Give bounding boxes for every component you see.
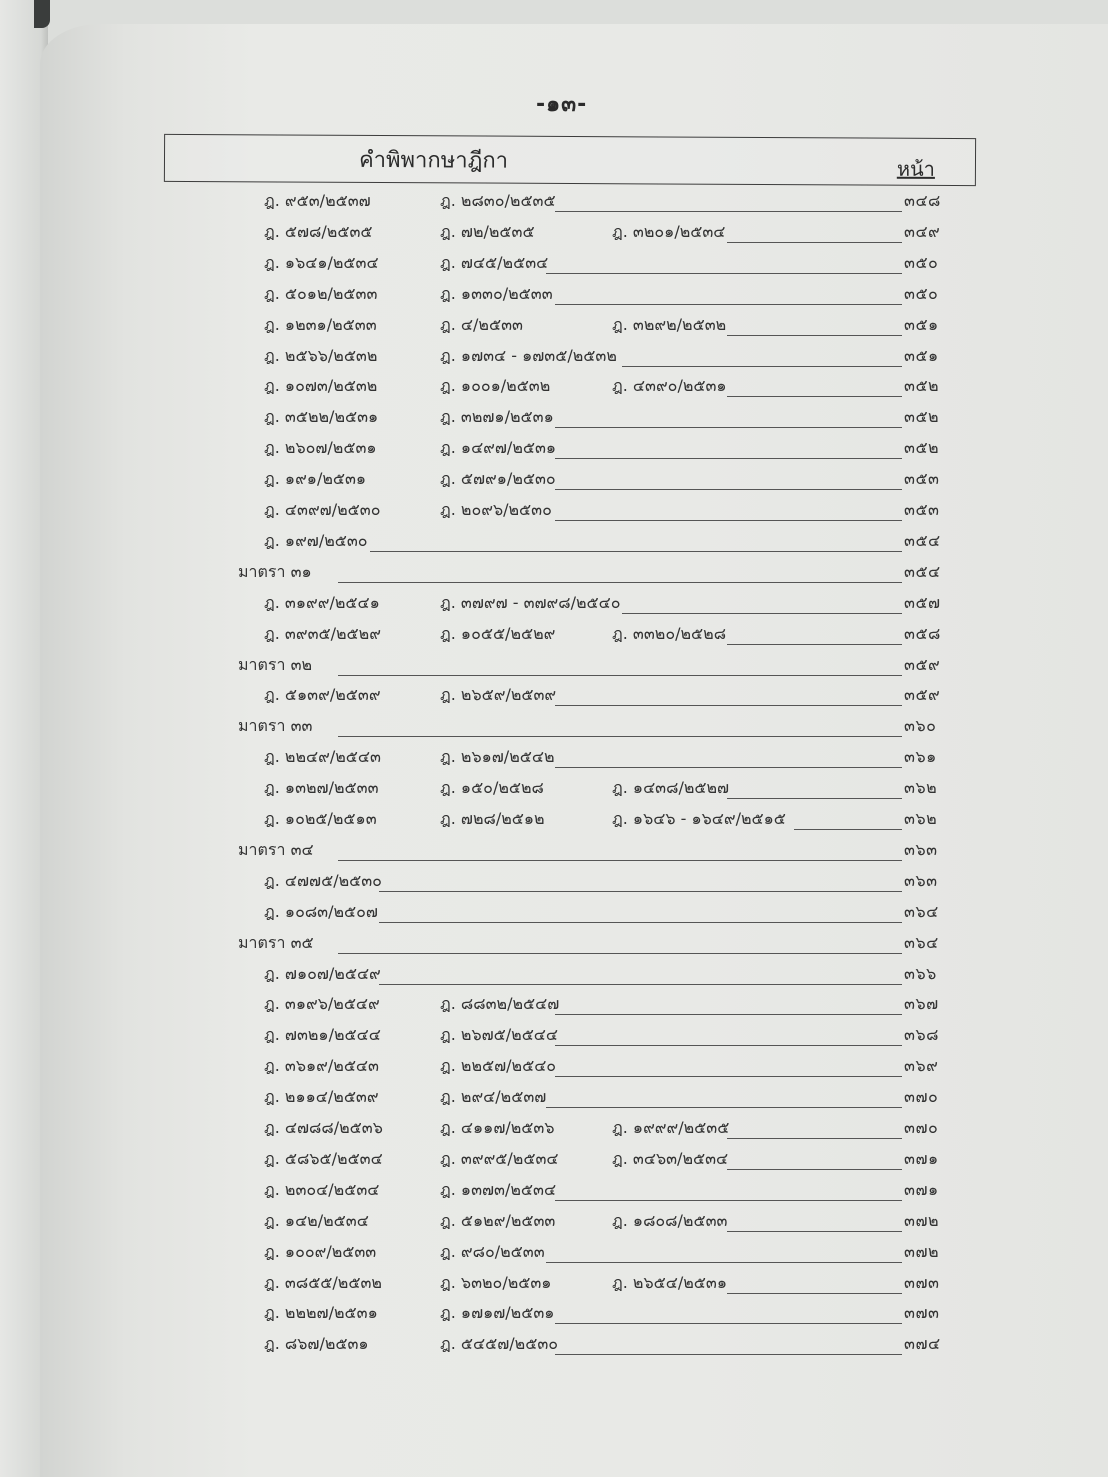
citation-row: ฎ. ๔๓๙๗/๒๕๓๐ฎ. ๒๐๙๖/๒๕๓๐๓๕๓ bbox=[0, 501, 1108, 525]
citation-row: ฎ. ๑๐๐๙/๒๕๓๓ฎ. ๙๘๐/๒๕๓๓๓๗๒ bbox=[0, 1243, 1108, 1267]
leader-line bbox=[555, 211, 902, 212]
leader-line bbox=[338, 582, 902, 583]
citation-row: ฎ. ๑๐๗๓/๒๕๓๒ฎ. ๑๐๐๑/๒๕๓๒ฎ. ๔๓๙๐/๒๕๓๑๓๕๒ bbox=[0, 377, 1108, 401]
page-reference: ๓๕๙ bbox=[904, 653, 940, 678]
page-number: -๑๓- bbox=[536, 86, 587, 121]
section-label: มาตรา ๓๒ bbox=[238, 653, 312, 678]
section-label: มาตรา ๓๑ bbox=[238, 560, 312, 585]
leader-line bbox=[379, 891, 902, 892]
citation-row: ฎ. ๑๙๗/๒๕๓๐๓๕๔ bbox=[0, 532, 1108, 556]
leader-line bbox=[622, 366, 902, 367]
header-title: คำพิพากษาฎีกา bbox=[359, 142, 508, 178]
page-reference: ๓๖๖ bbox=[904, 962, 937, 987]
case-citation: ฎ. ๘๘๓๒/๒๕๔๗ bbox=[440, 992, 559, 1017]
case-citation: ฎ. ๗๒๘/๒๕๑๒ bbox=[440, 807, 545, 832]
case-citation: ฎ. ๓๗๙๗ - ๓๗๙๘/๒๕๔๐ bbox=[440, 591, 621, 616]
leader-line bbox=[546, 1262, 902, 1263]
page-reference: ๓๖๓ bbox=[904, 838, 938, 863]
case-citation: ฎ. ๓๒๐๑/๒๕๓๔ bbox=[612, 220, 725, 245]
citation-row: ฎ. ๒๒๒๗/๒๕๓๑ฎ. ๑๗๑๗/๒๕๓๑๓๗๓ bbox=[0, 1304, 1108, 1328]
citation-row: ฎ. ๓๖๑๙/๒๕๔๓ฎ. ๒๒๕๗/๒๕๔๐๓๖๙ bbox=[0, 1057, 1108, 1081]
page-reference: ๓๗๒ bbox=[904, 1240, 939, 1265]
leader-line bbox=[794, 829, 902, 830]
section-label: มาตรา ๓๓ bbox=[238, 714, 312, 739]
case-citation: ฎ. ๓๖๑๙/๒๕๔๓ bbox=[264, 1054, 379, 1079]
case-citation: ฎ. ๓๒๗๑/๒๕๓๑ bbox=[440, 405, 554, 430]
case-citation: ฎ. ๓๙๓๕/๒๕๒๙ bbox=[264, 622, 381, 647]
citation-row: ฎ. ๗๑๐๗/๒๕๔๙๓๖๖ bbox=[0, 965, 1108, 989]
case-citation: ฎ. ๖๓๒๐/๒๕๓๑ bbox=[440, 1271, 551, 1296]
page-reference: ๓๖๗ bbox=[904, 992, 939, 1017]
page-reference: ๓๖๒ bbox=[904, 807, 937, 832]
page-reference: ๓๗๓ bbox=[904, 1271, 939, 1296]
page-reference: ๓๗๐ bbox=[904, 1085, 938, 1110]
citation-row: ฎ. ๒๖๐๗/๒๕๓๑ฎ. ๑๔๙๗/๒๕๓๑๓๕๒ bbox=[0, 439, 1108, 463]
page-reference: ๓๗๓ bbox=[904, 1301, 939, 1326]
page-reference: ๓๔๘ bbox=[904, 189, 941, 214]
citation-row: ฎ. ๒๕๖๖/๒๕๓๒ฎ. ๑๗๓๔ - ๑๗๓๕/๒๕๓๒๓๕๑ bbox=[0, 347, 1108, 371]
citation-row: ฎ. ๙๕๓/๒๕๓๗ฎ. ๒๘๓๐/๒๕๓๕๓๔๘ bbox=[0, 192, 1108, 216]
citation-row: ฎ. ๔๗๗๕/๒๕๓๐๓๖๓ bbox=[0, 872, 1108, 896]
leader-line bbox=[555, 1323, 902, 1324]
page-reference: ๓๕๒ bbox=[904, 374, 939, 399]
page-reference: ๓๕๐ bbox=[904, 251, 938, 276]
case-citation: ฎ. ๑๐๐๑/๒๕๓๒ bbox=[440, 374, 550, 399]
case-citation: ฎ. ๑๗๓๔ - ๑๗๓๕/๒๕๓๒ bbox=[440, 344, 617, 369]
leader-line bbox=[727, 1293, 902, 1294]
section-label: มาตรา ๓๔ bbox=[238, 838, 314, 863]
citation-row: ฎ. ๕๐๑๒/๒๕๓๓ฎ. ๑๓๓๐/๒๕๓๓๓๕๐ bbox=[0, 285, 1108, 309]
case-citation: ฎ. ๕๗๘/๒๕๓๕ bbox=[264, 220, 373, 245]
citation-row: ฎ. ๓๑๙๙/๒๕๔๑ฎ. ๓๗๙๗ - ๓๗๙๘/๒๕๔๐๓๕๗ bbox=[0, 594, 1108, 618]
case-citation: ฎ. ๑๐๐๙/๒๕๓๓ bbox=[264, 1240, 376, 1265]
page-reference: ๓๖๓ bbox=[904, 869, 938, 894]
case-citation: ฎ. ๗๓๒๑/๒๕๔๔ bbox=[264, 1023, 381, 1048]
page-reference: ๓๗๔ bbox=[904, 1332, 941, 1357]
citation-row: ฎ. ๕๗๘/๒๕๓๕ฎ. ๗๒/๒๕๓๕ฎ. ๓๒๐๑/๒๕๓๔๓๔๙ bbox=[0, 223, 1108, 247]
leader-line bbox=[555, 767, 902, 768]
case-citation: ฎ. ๒๒๒๗/๒๕๓๑ bbox=[264, 1301, 378, 1326]
case-citation: ฎ. ๒๒๔๙/๒๕๔๓ bbox=[264, 745, 381, 770]
citation-row: ฎ. ๒๓๐๔/๒๕๓๔ฎ. ๑๓๗๓/๒๕๓๔๓๗๑ bbox=[0, 1181, 1108, 1205]
case-citation: ฎ. ๕๔๕๗/๒๕๓๐ bbox=[440, 1332, 558, 1357]
leader-line bbox=[555, 304, 902, 305]
page-reference: ๓๕๑ bbox=[904, 344, 939, 369]
leader-line bbox=[338, 860, 902, 861]
page-reference: ๓๕๔ bbox=[904, 529, 941, 554]
case-citation: ฎ. ๒๖๗๕/๒๕๔๔ bbox=[440, 1023, 558, 1048]
case-citation: ฎ. ๑๔๒/๒๕๓๔ bbox=[264, 1209, 369, 1234]
leader-line bbox=[727, 335, 902, 336]
citation-row: ฎ. ๓๙๓๕/๒๕๒๙ฎ. ๑๐๕๕/๒๕๒๙ฎ. ๓๓๒๐/๒๕๒๘๓๕๘ bbox=[0, 625, 1108, 649]
page-reference: ๓๕๙ bbox=[904, 683, 940, 708]
case-citation: ฎ. ๔๓๙๐/๒๕๓๑ bbox=[612, 374, 727, 399]
case-citation: ฎ. ๗๒/๒๕๓๕ bbox=[440, 220, 535, 245]
case-citation: ฎ. ๓๑๙๙/๒๕๔๑ bbox=[264, 591, 380, 616]
section-row: มาตรา ๓๓๓๖๐ bbox=[0, 717, 1108, 741]
case-citation: ฎ. ๔๑๑๗/๒๕๓๖ bbox=[440, 1116, 555, 1141]
case-citation: ฎ. ๒๘๓๐/๒๕๓๕ bbox=[440, 189, 556, 214]
case-citation: ฎ. ๕๘๖๕/๒๕๓๔ bbox=[264, 1147, 383, 1172]
case-citation: ฎ. ๔๓๙๗/๒๕๓๐ bbox=[264, 498, 380, 523]
page-reference: ๓๖๑ bbox=[904, 745, 937, 770]
page-reference: ๓๗๑ bbox=[904, 1147, 939, 1172]
case-citation: ฎ. ๑๙๗/๒๕๓๐ bbox=[264, 529, 368, 554]
page-reference: ๓๖๒ bbox=[904, 776, 937, 801]
case-citation: ฎ. ๓๓๒๐/๒๕๒๘ bbox=[612, 622, 726, 647]
page-reference: ๓๖๔ bbox=[904, 931, 939, 956]
leader-line bbox=[379, 984, 902, 985]
leader-line bbox=[379, 922, 902, 923]
case-citation: ฎ. ๑๕๐/๒๕๒๘ bbox=[440, 776, 544, 801]
leader-line bbox=[727, 644, 902, 645]
page-reference: ๓๖๙ bbox=[904, 1054, 938, 1079]
case-citation: ฎ. ๑๘๐๘/๒๕๓๓ bbox=[612, 1209, 727, 1234]
leader-line bbox=[555, 489, 902, 490]
leader-line bbox=[622, 613, 902, 614]
case-citation: ฎ. ๔๗๘๘/๒๕๓๖ bbox=[264, 1116, 383, 1141]
case-citation: ฎ. ๑๔๙๗/๒๕๓๑ bbox=[440, 436, 556, 461]
case-citation: ฎ. ๕๑๓๙/๒๕๓๙ bbox=[264, 683, 381, 708]
leader-line bbox=[727, 798, 902, 799]
page-reference: ๓๕๔ bbox=[904, 560, 941, 585]
section-row: มาตรา ๓๔๓๖๓ bbox=[0, 841, 1108, 865]
case-citation: ฎ. ๑๖๔๑/๒๕๓๔ bbox=[264, 251, 379, 276]
case-citation: ฎ. ๒๙๔/๒๕๓๗ bbox=[440, 1085, 546, 1110]
case-citation: ฎ. ๕๗๙๑/๒๕๓๐ bbox=[440, 467, 556, 492]
citation-row: ฎ. ๕๘๖๕/๒๕๓๔ฎ. ๓๙๙๕/๒๕๓๔ฎ. ๓๔๖๓/๒๕๓๔๓๗๑ bbox=[0, 1150, 1108, 1174]
page-reference: ๓๕๑ bbox=[904, 313, 939, 338]
leader-line bbox=[555, 1076, 902, 1077]
case-citation: ฎ. ๑๙๙๙/๒๕๓๕ bbox=[612, 1116, 729, 1141]
leader-line bbox=[338, 675, 902, 676]
citation-row: ฎ. ๓๑๙๖/๒๕๔๙ฎ. ๘๘๓๒/๒๕๔๗๓๖๗ bbox=[0, 995, 1108, 1019]
section-label: มาตรา ๓๕ bbox=[238, 931, 314, 956]
header-page-column: หน้า bbox=[897, 153, 935, 185]
leader-line bbox=[727, 1138, 902, 1139]
section-row: มาตรา ๓๑๓๕๔ bbox=[0, 563, 1108, 587]
page-reference: ๓๕๒ bbox=[904, 405, 939, 430]
case-citation: ฎ. ๑๐๗๓/๒๕๓๒ bbox=[264, 374, 377, 399]
page-reference: ๓๗๐ bbox=[904, 1116, 938, 1141]
leader-line bbox=[727, 1231, 902, 1232]
citation-row: ฎ. ๔๗๘๘/๒๕๓๖ฎ. ๔๑๑๗/๒๕๓๖ฎ. ๑๙๙๙/๒๕๓๕๓๗๐ bbox=[0, 1119, 1108, 1143]
citation-row: ฎ. ๘๖๗/๒๕๓๑ฎ. ๕๔๕๗/๒๕๓๐๓๗๔ bbox=[0, 1335, 1108, 1359]
case-citation: ฎ. ๓๒๙๒/๒๕๓๒ bbox=[612, 313, 726, 338]
citation-row: ฎ. ๒๑๑๔/๒๕๓๙ฎ. ๒๙๔/๒๕๓๗๓๗๐ bbox=[0, 1088, 1108, 1112]
case-citation: ฎ. ๒๖๐๗/๒๕๓๑ bbox=[264, 436, 377, 461]
leader-line bbox=[555, 520, 902, 521]
case-citation: ฎ. ๗๔๕/๒๕๓๔ bbox=[440, 251, 548, 276]
leader-line bbox=[555, 458, 902, 459]
citation-row: ฎ. ๑๐๒๕/๒๕๑๓ฎ. ๗๒๘/๒๕๑๒ฎ. ๑๖๔๖ - ๑๖๔๙/๒๕… bbox=[0, 810, 1108, 834]
case-citation: ฎ. ๑๓๒๗/๒๕๓๓ bbox=[264, 776, 379, 801]
case-citation: ฎ. ๔๗๗๕/๒๕๓๐ bbox=[264, 869, 382, 894]
case-citation: ฎ. ๓๑๙๖/๒๕๔๙ bbox=[264, 992, 380, 1017]
citation-row: ฎ. ๗๓๒๑/๒๕๔๔ฎ. ๒๖๗๕/๒๕๔๔๓๖๘ bbox=[0, 1026, 1108, 1050]
page-reference: ๓๕๗ bbox=[904, 591, 941, 616]
case-citation: ฎ. ๑๐๕๕/๒๕๒๙ bbox=[440, 622, 555, 647]
citation-row: ฎ. ๓๘๕๕/๒๕๓๒ฎ. ๖๓๒๐/๒๕๓๑ฎ. ๒๖๕๔/๒๕๓๑๓๗๓ bbox=[0, 1274, 1108, 1298]
index-header: คำพิพากษาฎีกา หน้า bbox=[164, 134, 976, 186]
case-citation: ฎ. ๔/๒๕๓๓ bbox=[440, 313, 523, 338]
citation-row: ฎ. ๕๑๓๙/๒๕๓๙ฎ. ๒๖๕๙/๒๕๓๙๓๕๙ bbox=[0, 686, 1108, 710]
page-reference: ๓๔๙ bbox=[904, 220, 940, 245]
leader-line bbox=[555, 427, 902, 428]
leader-line bbox=[555, 1200, 902, 1201]
citation-row: ฎ. ๑๓๒๗/๒๕๓๓ฎ. ๑๕๐/๒๕๒๘ฎ. ๑๔๓๘/๒๕๒๗๓๖๒ bbox=[0, 779, 1108, 803]
case-citation: ฎ. ๗๑๐๗/๒๕๔๙ bbox=[264, 962, 381, 987]
case-citation: ฎ. ๑๓๓๐/๒๕๓๓ bbox=[440, 282, 553, 307]
case-citation: ฎ. ๑๒๓๑/๒๕๓๓ bbox=[264, 313, 377, 338]
leader-line bbox=[727, 396, 902, 397]
page-reference: ๓๕๒ bbox=[904, 436, 939, 461]
leader-line bbox=[555, 1014, 902, 1015]
case-citation: ฎ. ๓๙๙๕/๒๕๓๔ bbox=[440, 1147, 559, 1172]
case-citation: ฎ. ๒๑๑๔/๒๕๓๙ bbox=[264, 1085, 379, 1110]
citation-row: ฎ. ๑๖๔๑/๒๕๓๔ฎ. ๗๔๕/๒๕๓๔๓๕๐ bbox=[0, 254, 1108, 278]
section-row: มาตรา ๓๒๓๕๙ bbox=[0, 656, 1108, 680]
case-citation: ฎ. ๘๖๗/๒๕๓๑ bbox=[264, 1332, 369, 1357]
citation-row: ฎ. ๑๙๑/๒๕๓๑ฎ. ๕๗๙๑/๒๕๓๐๓๕๓ bbox=[0, 470, 1108, 494]
page-reference: ๓๕๘ bbox=[904, 622, 941, 647]
case-citation: ฎ. ๒๒๕๗/๒๕๔๐ bbox=[440, 1054, 556, 1079]
case-citation: ฎ. ๒๕๖๖/๒๕๓๒ bbox=[264, 344, 377, 369]
citation-row: ฎ. ๒๒๔๙/๒๕๔๓ฎ. ๒๖๑๗/๒๕๔๒๓๖๑ bbox=[0, 748, 1108, 772]
leader-line bbox=[555, 1354, 902, 1355]
leader-line bbox=[370, 551, 902, 552]
page-reference: ๓๗๑ bbox=[904, 1178, 939, 1203]
leader-line bbox=[338, 736, 902, 737]
case-citation: ฎ. ๑๐๒๕/๒๕๑๓ bbox=[264, 807, 377, 832]
page-reference: ๓๕๐ bbox=[904, 282, 938, 307]
case-citation: ฎ. ๓๔๖๓/๒๕๓๔ bbox=[612, 1147, 728, 1172]
citation-row: ฎ. ๑๐๘๓/๒๕๐๗๓๖๔ bbox=[0, 903, 1108, 927]
page-reference: ๓๖๔ bbox=[904, 900, 939, 925]
leader-line bbox=[338, 953, 902, 954]
leader-line bbox=[555, 705, 902, 706]
leader-line bbox=[727, 242, 902, 243]
leader-line bbox=[546, 1107, 902, 1108]
case-citation: ฎ. ๒๓๐๔/๒๕๓๔ bbox=[264, 1178, 379, 1203]
citation-row: ฎ. ๑๒๓๑/๒๕๓๓ฎ. ๔/๒๕๓๓ฎ. ๓๒๙๒/๒๕๓๒๓๕๑ bbox=[0, 316, 1108, 340]
case-citation: ฎ. ๑๐๘๓/๒๕๐๗ bbox=[264, 900, 378, 925]
case-citation: ฎ. ๑๖๔๖ - ๑๖๔๙/๒๕๑๕ bbox=[612, 807, 786, 832]
leader-line bbox=[546, 273, 902, 274]
case-citation: ฎ. ๑๓๗๓/๒๕๓๔ bbox=[440, 1178, 556, 1203]
citation-row: ฎ. ๓๕๒๒/๒๕๓๑ฎ. ๓๒๗๑/๒๕๓๑๓๕๒ bbox=[0, 408, 1108, 432]
page-reference: ๓๖๘ bbox=[904, 1023, 939, 1048]
case-citation: ฎ. ๑๗๑๗/๒๕๓๑ bbox=[440, 1301, 554, 1326]
page-reference: ๓๗๒ bbox=[904, 1209, 939, 1234]
page-reference: ๓๖๐ bbox=[904, 714, 936, 739]
case-citation: ฎ. ๒๐๙๖/๒๕๓๐ bbox=[440, 498, 552, 523]
case-citation: ฎ. ๕๐๑๒/๒๕๓๓ bbox=[264, 282, 377, 307]
case-citation: ฎ. ๙๘๐/๒๕๓๓ bbox=[440, 1240, 545, 1265]
case-citation: ฎ. ๑๙๑/๒๕๓๑ bbox=[264, 467, 366, 492]
page-reference: ๓๕๓ bbox=[904, 498, 939, 523]
case-citation: ฎ. ๕๑๒๙/๒๕๓๓ bbox=[440, 1209, 555, 1234]
case-citation: ฎ. ๑๔๓๘/๒๕๒๗ bbox=[612, 776, 729, 801]
leader-line bbox=[727, 1169, 902, 1170]
case-citation: ฎ. ๒๖๕๙/๒๕๓๙ bbox=[440, 683, 556, 708]
case-citation: ฎ. ๓๘๕๕/๒๕๓๒ bbox=[264, 1271, 382, 1296]
page-reference: ๓๕๓ bbox=[904, 467, 939, 492]
leader-line bbox=[555, 1045, 902, 1046]
case-citation: ฎ. ๒๖๑๗/๒๕๔๒ bbox=[440, 745, 555, 770]
case-citation: ฎ. ๒๖๕๔/๒๕๓๑ bbox=[612, 1271, 727, 1296]
citation-row: ฎ. ๑๔๒/๒๕๓๔ฎ. ๕๑๒๙/๒๕๓๓ฎ. ๑๘๐๘/๒๕๓๓๓๗๒ bbox=[0, 1212, 1108, 1236]
book-spine bbox=[34, 0, 50, 28]
case-citation: ฎ. ๙๕๓/๒๕๓๗ bbox=[264, 189, 371, 214]
case-citation: ฎ. ๓๕๒๒/๒๕๓๑ bbox=[264, 405, 378, 430]
section-row: มาตรา ๓๕๓๖๔ bbox=[0, 934, 1108, 958]
